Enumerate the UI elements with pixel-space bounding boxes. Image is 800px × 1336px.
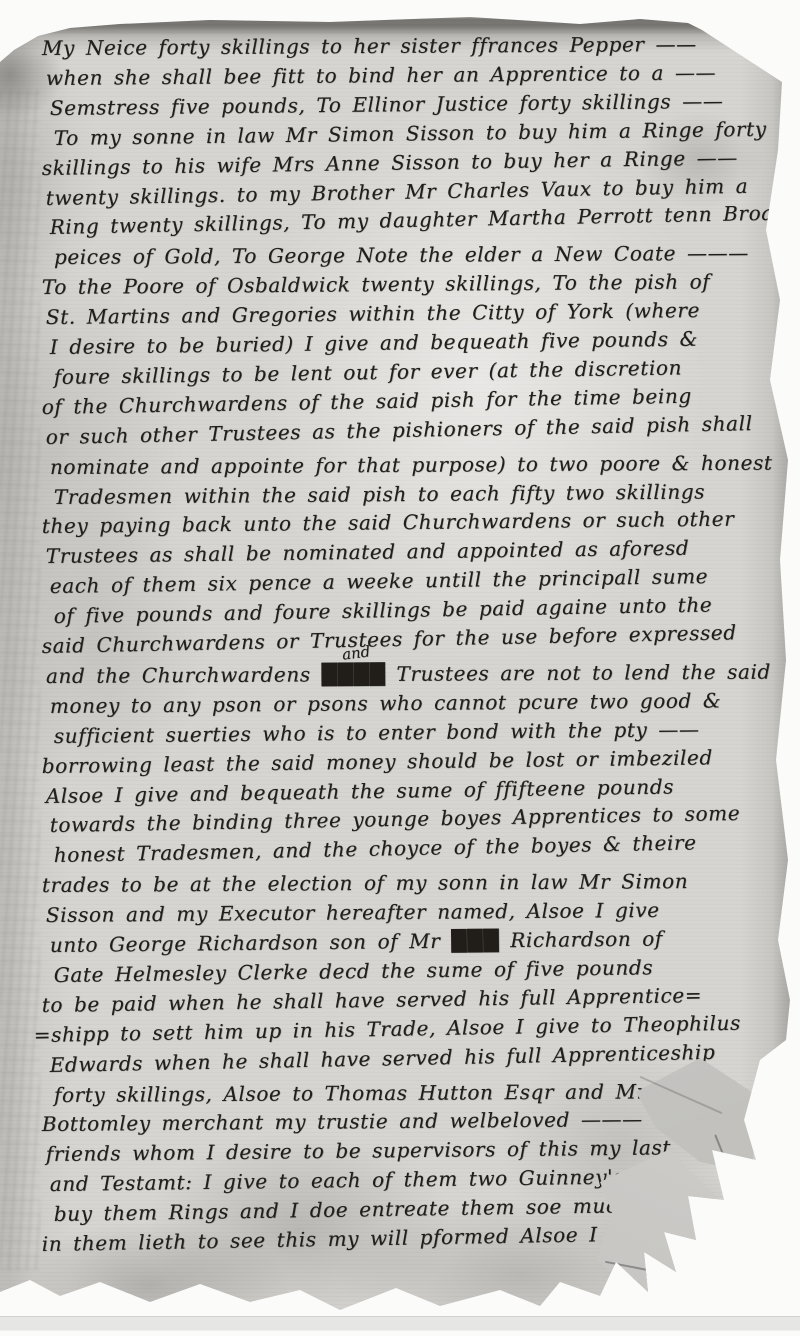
interlinear-insertion: and — [341, 642, 371, 663]
manuscript-page: My Neice forty skillings to her sister f… — [0, 0, 800, 1336]
scanner-edge-band — [0, 1316, 800, 1331]
tear-crease — [605, 1261, 721, 1285]
manuscript-line: My Neice forty skillings to her sister f… — [42, 30, 697, 63]
scan-background: My Neice forty skillings to her sister f… — [0, 0, 800, 1336]
manuscript-line: nominate and appointe for that purpose) … — [50, 448, 773, 481]
manuscript-line: trades to be at the election of my sonn … — [42, 867, 688, 900]
